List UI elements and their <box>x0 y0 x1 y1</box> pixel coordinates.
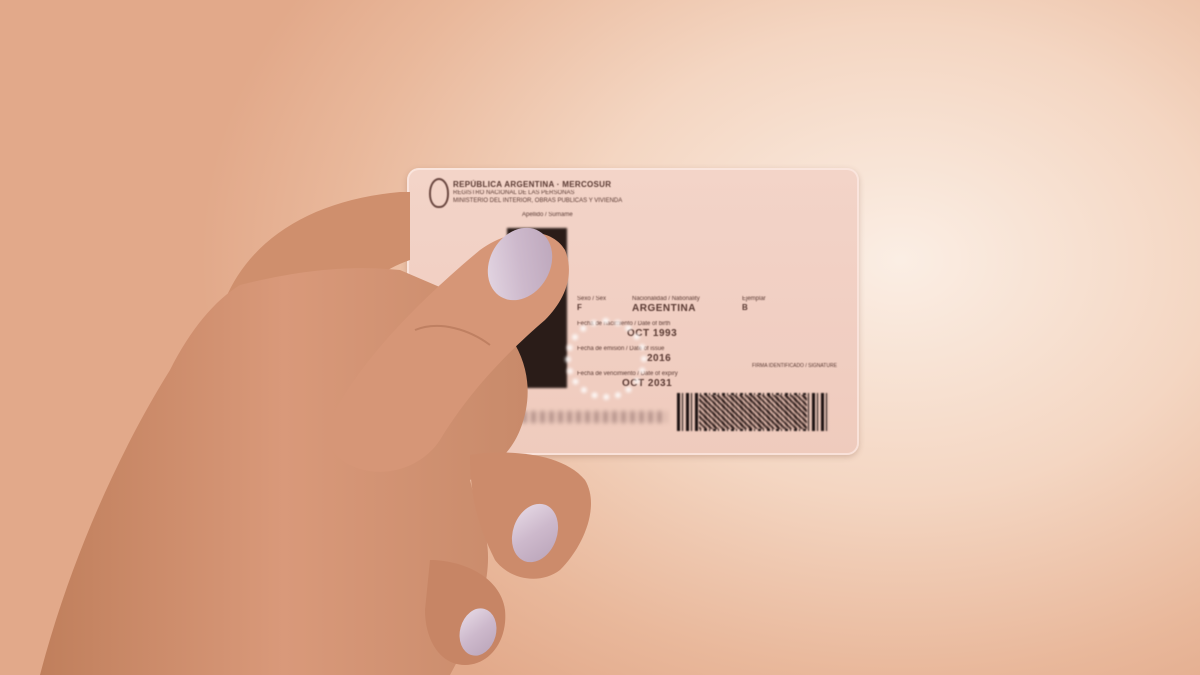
hand <box>0 0 1200 675</box>
photo-scene: REPÚBLICA ARGENTINA · MERCOSUR REGISTRO … <box>0 0 1200 675</box>
